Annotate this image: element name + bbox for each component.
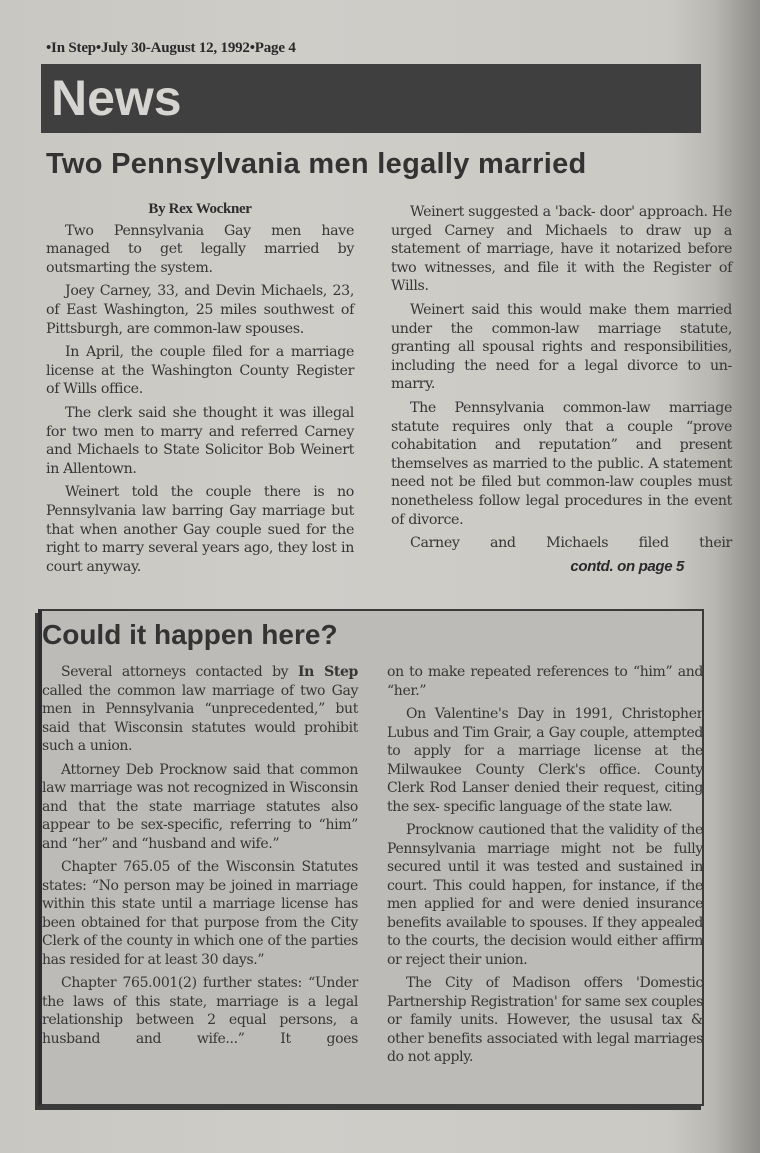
main-article-right-column: Weinert suggested a 'back- door' approac… <box>391 203 732 576</box>
paragraph: on to make repeated references to “him” … <box>387 663 703 700</box>
paragraph: Weinert told the couple there is no Penn… <box>46 483 354 576</box>
paragraph: Two Pennsylvania Gay men have managed to… <box>46 222 354 278</box>
sidebar-right-column: on to make repeated references to “him” … <box>387 663 703 1072</box>
paragraph: Joey Carney, 33, and Devin Michaels, 23,… <box>46 282 354 338</box>
paragraph: The clerk said she thought it was illega… <box>46 404 354 478</box>
dateline: •In Step•July 30-August 12, 1992•Page 4 <box>46 40 296 57</box>
byline: By Rex Wockner <box>46 200 354 219</box>
publication-name: In Step <box>298 664 358 680</box>
article-headline: Two Pennsylvania men legally married <box>46 148 587 181</box>
main-article-left-column: By Rex Wockner Two Pennsylvania Gay men … <box>46 200 354 581</box>
paragraph: Weinert said this would make them marrie… <box>391 301 732 394</box>
paragraph: Weinert suggested a 'back- door' approac… <box>391 203 732 296</box>
continuation-link[interactable]: contd. on page 5 <box>391 558 732 577</box>
paragraph: Attorney Deb Procknow said that common l… <box>42 761 358 854</box>
paragraph: Several attorneys contacted by In Step c… <box>42 663 358 756</box>
paragraph: In April, the couple filed for a marriag… <box>46 343 354 399</box>
sidebar-headline: Could it happen here? <box>42 619 338 651</box>
paragraph: Chapter 765.05 of the Wisconsin Statutes… <box>42 858 358 969</box>
paragraph: The City of Madison offers 'Domestic Par… <box>387 974 703 1067</box>
paragraph: Carney and Michaels filed their <box>391 534 732 553</box>
section-banner: News <box>41 64 701 133</box>
section-title: News <box>51 66 182 130</box>
paragraph: Chapter 765.001(2) further states: “Unde… <box>42 974 358 1048</box>
paragraph: Procknow cautioned that the validity of … <box>387 821 703 969</box>
sidebar-left-column: Several attorneys contacted by In Step c… <box>42 663 358 1053</box>
sidebar-box: Could it happen here? Several attorneys … <box>38 609 704 1106</box>
paragraph: The Pennsylvania common-law marriage sta… <box>391 399 732 529</box>
paragraph: On Valentine's Day in 1991, Christopher … <box>387 705 703 816</box>
